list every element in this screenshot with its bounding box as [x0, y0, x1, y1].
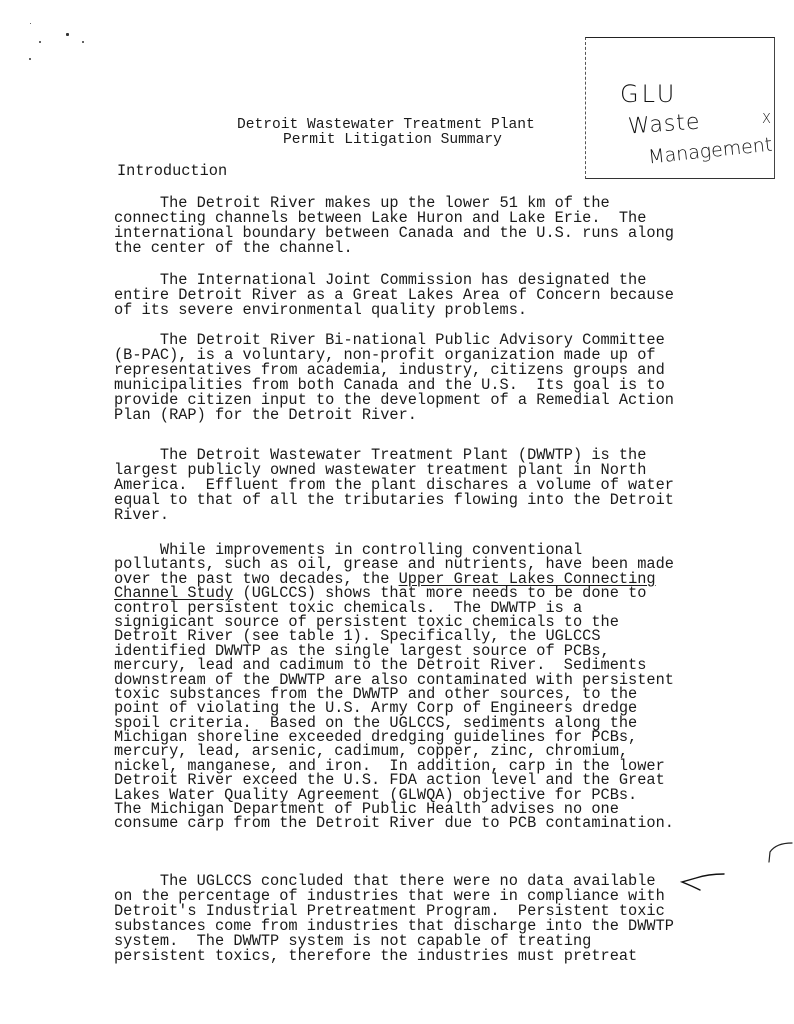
- paragraph-3: The Detroit River Bi-national Public Adv…: [114, 333, 674, 423]
- paragraph-6: The UGLCCS concluded that there were no …: [114, 874, 674, 964]
- scan-speck: [66, 33, 69, 36]
- text-line: Plan (RAP) for the Detroit River.: [114, 408, 674, 423]
- text-line: the center of the channel.: [114, 241, 674, 256]
- text-line: of its severe environmental quality prob…: [114, 303, 674, 318]
- paragraph-2: The International Joint Commission has d…: [114, 273, 674, 318]
- scan-speck: [29, 58, 31, 60]
- note-line-waste: Waste: [627, 110, 701, 140]
- text-line: equal to that of all the tributaries flo…: [114, 493, 674, 508]
- text-line: [114, 845, 674, 859]
- text-line: consume carp from the Detroit River due …: [114, 816, 674, 830]
- note-line-management: Management: [647, 134, 773, 169]
- section-heading: Introduction: [117, 164, 227, 179]
- scan-speck: [39, 41, 41, 43]
- document-subtitle: Permit Litigation Summary: [283, 133, 502, 148]
- text-line: persistent toxics, therefore the industr…: [114, 949, 674, 964]
- scan-speck: [82, 41, 84, 43]
- margin-curl-mark: [764, 840, 794, 870]
- note-line-glu: GLU: [620, 80, 677, 108]
- document-title: Detroit Wastewater Treatment Plant: [237, 118, 535, 133]
- document-page: GLU Waste Management X Detroit Wastewate…: [0, 0, 794, 1024]
- paragraph-5: While improvements in controlling conven…: [114, 543, 674, 860]
- text-line: River.: [114, 508, 674, 523]
- arrow-left-icon: [678, 868, 728, 896]
- paragraph-4: The Detroit Wastewater Treatment Plant (…: [114, 448, 674, 523]
- paragraph-1: The Detroit River makes up the lower 51 …: [114, 196, 674, 256]
- note-x-mark: X: [762, 112, 771, 127]
- text-line: [114, 831, 674, 845]
- scan-speck: [30, 23, 31, 24]
- handwritten-note-box: GLU Waste Management X: [585, 37, 775, 179]
